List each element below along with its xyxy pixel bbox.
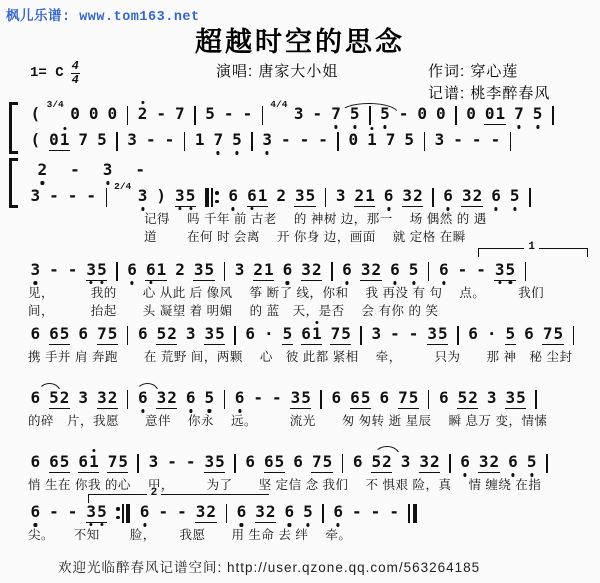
note-token: 7 — [175, 106, 186, 124]
voice-brace — [9, 104, 20, 152]
notation-line: 3---2/43)3566123532163263265 — [26, 184, 594, 210]
note-token: - — [490, 132, 501, 150]
note-token: 6 — [78, 326, 89, 344]
note-token: 5 — [205, 106, 216, 124]
note-token: 3 — [102, 162, 113, 180]
note-token: 6 — [234, 390, 245, 408]
barline — [408, 504, 416, 523]
note-token: - — [156, 106, 167, 124]
note-token: - — [390, 326, 401, 344]
note-token: 52 — [457, 390, 478, 409]
note-token: 6 — [245, 454, 256, 472]
note-token: 6 — [127, 262, 138, 280]
barline — [510, 132, 512, 151]
note-token: 6 — [342, 262, 353, 280]
note-token: - — [70, 162, 81, 180]
barline — [116, 262, 118, 281]
note-token: 6 — [137, 326, 148, 344]
barline — [325, 188, 327, 207]
note-token: 3 — [371, 326, 382, 344]
note-token: - — [370, 504, 381, 522]
note-token: 32 — [402, 188, 423, 207]
note-token: 6 — [30, 326, 41, 344]
note-token: 2 — [175, 262, 186, 280]
note-token: 3 — [293, 106, 304, 124]
barline — [360, 326, 362, 345]
lyric-line: 道 在何 时 会离 开 你身 边，画面 就 定格 在瞬 — [26, 228, 594, 246]
note-token: 3 — [234, 262, 245, 280]
note-token: 7 — [213, 132, 224, 150]
system-sys3: 3--35661235321632632656--35见， 我的 心 从此 后 … — [26, 258, 594, 320]
note-token: - — [389, 504, 400, 522]
note-token: 5 — [509, 188, 520, 206]
note-token: - — [318, 132, 329, 150]
barline — [432, 188, 434, 207]
note-token: 3 — [30, 188, 41, 206]
barline — [546, 454, 548, 473]
note-token: 6 — [460, 454, 471, 472]
note-token: 6 — [333, 504, 344, 522]
barline — [424, 132, 426, 151]
note-token: - — [49, 262, 60, 280]
notation-line: 6--356--32632656--- — [26, 500, 594, 526]
note-token: 61 — [247, 188, 268, 207]
note-token: - — [67, 504, 78, 522]
note-token: 32 — [195, 504, 216, 523]
note-token: - — [185, 454, 196, 472]
note-token: - — [164, 132, 175, 150]
note-token: 35 — [86, 262, 107, 281]
note-token: - — [312, 106, 323, 124]
note-token: 5 — [532, 106, 543, 124]
barline — [342, 454, 344, 473]
barline — [224, 262, 226, 281]
note-token: 3 — [335, 188, 346, 206]
note-token: ( — [30, 106, 41, 124]
note-token: ( — [30, 132, 41, 150]
barline — [529, 188, 531, 207]
note-token: 6 — [185, 390, 196, 408]
note-token: - — [223, 106, 234, 124]
barline — [226, 504, 228, 523]
note-token: 7 — [514, 106, 525, 124]
voice-brace — [9, 160, 20, 206]
note-token: 6 — [139, 504, 150, 522]
note-token: 6 — [468, 326, 479, 344]
first-ending-label: 1 — [524, 241, 539, 253]
note-token: 32 — [360, 262, 381, 281]
note-token: 6 — [293, 454, 304, 472]
note-token: 5 — [204, 390, 215, 408]
second-ending-bracket: 2 — [88, 494, 269, 503]
barline — [320, 390, 322, 409]
system-sys5: 652332632656--35665675652335的碎 片，我愿 意伴 你… — [26, 386, 594, 430]
footer-site-link[interactable]: 欢迎光临醉春风记谱空间: http://user.qzone.qq.com/56… — [58, 556, 480, 576]
score-page: 枫儿乐谱: www.tom163.net 超越时空的思念 1= C 4 4 演唱… — [0, 0, 600, 583]
note-token: - — [457, 262, 468, 280]
note-token: 35 — [505, 390, 526, 409]
system-sys1: (3/40002-75--4/43-755-0000175(01753--175… — [26, 102, 594, 154]
note-token: 6 — [438, 390, 449, 408]
note-token: - — [242, 106, 253, 124]
barline — [184, 132, 186, 151]
lyric-line: 记得 吗 千年 前 古老 的 神树 边，那一 场 偶然 的 遇 — [26, 210, 594, 228]
note-token: 75 — [542, 326, 563, 345]
note-token: 3 — [486, 390, 497, 408]
barline — [251, 132, 253, 151]
note-token: 75 — [311, 454, 332, 473]
note-token: - — [453, 132, 464, 150]
note-token: 3 — [127, 132, 138, 150]
notation-line: (3/40002-75--4/43-755-0000175 — [26, 102, 594, 128]
note-token: 35 — [204, 326, 225, 345]
note-token: 65 — [264, 454, 285, 473]
note-token: - — [158, 504, 169, 522]
note-token: 6 — [30, 454, 41, 472]
note-token: 35 — [494, 262, 515, 281]
barline — [331, 262, 333, 281]
note-token: 32 — [156, 390, 177, 409]
note-token: 3 — [434, 132, 445, 150]
note-token: 6 — [438, 262, 449, 280]
note-token: 6 — [491, 188, 502, 206]
note-token: 2 — [137, 106, 148, 124]
note-token: 1 — [194, 132, 205, 150]
note-token: 2 — [276, 188, 287, 206]
note-token: 6 — [443, 188, 454, 206]
note-token: 21 — [354, 188, 375, 207]
note-token: - — [352, 504, 363, 522]
note-token: 3 — [400, 454, 411, 472]
note-token: 35 — [175, 188, 196, 207]
note-token: 32 — [255, 504, 276, 523]
note-token: 2 — [37, 162, 48, 180]
system-sys6: 66561753--3566567565233263265悄 生在 你我 的心 … — [26, 450, 594, 494]
note-token: - — [67, 188, 78, 206]
note-token: - — [272, 390, 283, 408]
note-token: - — [49, 504, 60, 522]
barline — [127, 106, 129, 125]
lyric-line: 携 手并 肩 奔跑 在 荒野 间，两颗 心 彼 此都 紧相 牵， 只为 那 神 … — [26, 348, 594, 366]
note-token: 61 — [145, 262, 166, 281]
note-token: 32 — [419, 454, 440, 473]
meter-numerator: 4 — [71, 60, 80, 74]
barline — [573, 326, 575, 345]
note-token: 5 — [408, 262, 419, 280]
time-signature: 4/4 — [270, 99, 287, 110]
singer-credit: 演唱: 唐家大小姐 — [216, 60, 338, 81]
note-token: - — [49, 188, 60, 206]
note-token: 21 — [253, 262, 274, 281]
note-token: 7 — [385, 132, 396, 150]
barline — [262, 106, 264, 125]
note-token: 0 — [466, 106, 477, 124]
meter-fraction: 4 4 — [71, 60, 80, 86]
barline — [535, 390, 537, 409]
note-token: 5 — [282, 326, 293, 345]
note-token: 0 — [435, 106, 446, 124]
song-title: 超越时空的思念 — [0, 20, 600, 59]
note-token: - — [471, 132, 482, 150]
barline — [552, 106, 554, 125]
barline — [428, 390, 430, 409]
note-token: 75 — [107, 454, 128, 473]
barline — [234, 326, 236, 345]
barline — [224, 390, 226, 409]
time-signature: 2/4 — [114, 181, 131, 192]
barline — [106, 188, 108, 207]
note-token: 6 — [508, 454, 519, 472]
note-token: - — [280, 132, 291, 150]
note-token: 6 — [284, 504, 295, 522]
notation-line: 3--35661235321632632656--35 — [26, 258, 594, 284]
barline — [449, 454, 451, 473]
note-token: 6 — [30, 504, 41, 522]
note-token: - — [177, 504, 188, 522]
note-token: 0 — [88, 106, 99, 124]
note-token: 5 — [97, 132, 108, 150]
note-token: - — [86, 188, 97, 206]
note-token: 0 — [348, 132, 359, 150]
barline — [337, 132, 339, 151]
note-token: 0 — [107, 106, 118, 124]
note-token: · — [486, 326, 497, 344]
note-token: - — [299, 132, 310, 150]
barline — [127, 390, 129, 409]
note-token: 32 — [301, 262, 322, 281]
notation-line: 6656756523356·561753--356·5675 — [26, 322, 594, 348]
barline — [234, 454, 236, 473]
note-token: 6 — [524, 326, 535, 344]
note-token: 3 — [185, 326, 196, 344]
note-token: 1 — [367, 132, 378, 150]
note-token: - — [67, 262, 78, 280]
lyricist-credit: 作词: 穿心莲 — [428, 60, 518, 81]
note-token: 52 — [371, 454, 392, 473]
note-token: 75 — [97, 326, 118, 345]
note-token: 35 — [427, 326, 448, 345]
lyric-line: 的碎 片，我愿 意伴 你永 远。 流光 匆 匆转 逝 星辰 瞬 息万 变，情愫 — [26, 412, 594, 430]
barline — [137, 454, 139, 473]
barline — [127, 326, 129, 345]
note-token: 6 — [352, 454, 363, 472]
key-label: 1= C — [30, 65, 64, 81]
note-token: 6 — [236, 504, 247, 522]
barline — [428, 262, 430, 281]
note-token: - — [408, 326, 419, 344]
note-token: 6 — [331, 390, 342, 408]
note-token: 01 — [49, 132, 70, 151]
time-signature: 3/4 — [47, 99, 64, 110]
barline — [205, 188, 219, 207]
note-token: - — [145, 132, 156, 150]
slur-arc — [38, 383, 61, 393]
slur-arc — [136, 383, 159, 393]
notator-credit: 记谱: 桃李醉春风 — [428, 82, 550, 103]
notation-line: 2-3- — [26, 158, 594, 184]
note-token: 75 — [398, 390, 419, 409]
note-token: 75 — [330, 326, 351, 345]
system-sys4: 6656756523356·561753--356·5675携 手并 肩 奔跑 … — [26, 322, 594, 366]
note-token: 0 — [417, 106, 428, 124]
note-token: 35 — [86, 504, 107, 523]
barline — [116, 504, 130, 523]
note-token: - — [398, 106, 409, 124]
barline — [455, 106, 457, 125]
note-token: 32 — [478, 454, 499, 473]
notation-line: 66561753--3566567565233263265 — [26, 450, 594, 476]
note-token: - — [253, 390, 264, 408]
barline — [194, 106, 196, 125]
note-token: 35 — [290, 390, 311, 409]
barline — [457, 326, 459, 345]
note-token: 6 — [282, 262, 293, 280]
lyric-line: 间， 抬起 头 凝望 着 明媚 的 蓝 天，是否 会 有你 的 笑 — [26, 302, 594, 320]
note-token: - — [135, 162, 146, 180]
note-token: 3 — [148, 454, 159, 472]
note-token: 61 — [78, 454, 99, 473]
note-token: 5 — [505, 326, 516, 345]
notation-line: 652332632656--35665675652335 — [26, 386, 594, 412]
note-token: 7 — [331, 106, 342, 124]
note-token: 61 — [301, 326, 322, 345]
note-token: 65 — [49, 454, 70, 473]
system-sys2: 2-3-3---2/43)3566123532163263265记得 吗 千年 … — [26, 158, 594, 246]
note-token: 3 — [137, 188, 148, 206]
lyric-line: 悄 生在 你我 的心 田， 为了 坚 定信 念 我们 不 惧艰 险，真 情 缠绕… — [26, 476, 594, 494]
note-token: - — [476, 262, 487, 280]
meter-denominator: 4 — [72, 74, 79, 87]
note-token: 32 — [461, 188, 482, 207]
note-token: 3 — [262, 132, 273, 150]
key-signature: 1= C 4 4 — [30, 60, 80, 86]
note-token: 35 — [204, 454, 225, 473]
note-token: 01 — [484, 106, 505, 125]
note-token: 35 — [193, 262, 214, 281]
first-ending-bracket: 1 — [478, 248, 588, 257]
lyric-line: 见， 我的 心 从此 后 像风 筝 断了 线，你和 我 再没 有 句 点。 我们 — [26, 284, 594, 302]
note-token: 6 — [228, 188, 239, 206]
note-token: 5 — [232, 132, 243, 150]
note-token: 6 — [390, 262, 401, 280]
barline — [322, 504, 324, 523]
note-token: - — [167, 454, 178, 472]
barline — [525, 262, 527, 281]
note-token: 7 — [78, 132, 89, 150]
note-token: 65 — [49, 326, 70, 345]
note-token: ) — [156, 188, 167, 206]
note-token: 6 — [383, 188, 394, 206]
note-token: 3 — [78, 390, 89, 408]
note-token: 65 — [350, 390, 371, 409]
system-sys7: 6--356--32632656---尖。 不知 脸， 我愿 用 生命 去 绊 … — [26, 500, 594, 544]
notation-line: (01753--1753---01753--- — [26, 128, 594, 154]
note-token: 0 — [70, 106, 81, 124]
note-token: 35 — [294, 188, 315, 207]
note-token: 32 — [97, 390, 118, 409]
note-token: 3 — [30, 262, 41, 280]
note-token: 6 — [245, 326, 256, 344]
note-token: 52 — [156, 326, 177, 345]
second-ending-label: 2 — [147, 487, 162, 499]
slur-arc — [374, 446, 400, 456]
barline — [116, 132, 118, 151]
note-token: · — [264, 326, 275, 344]
note-token: 5 — [404, 132, 415, 150]
note-token: 5 — [526, 454, 537, 472]
note-token: 6 — [379, 390, 390, 408]
note-token: 5 — [303, 504, 314, 522]
lyric-line: 尖。 不知 脸， 我愿 用 生命 去 绊 牵。 — [26, 526, 594, 544]
